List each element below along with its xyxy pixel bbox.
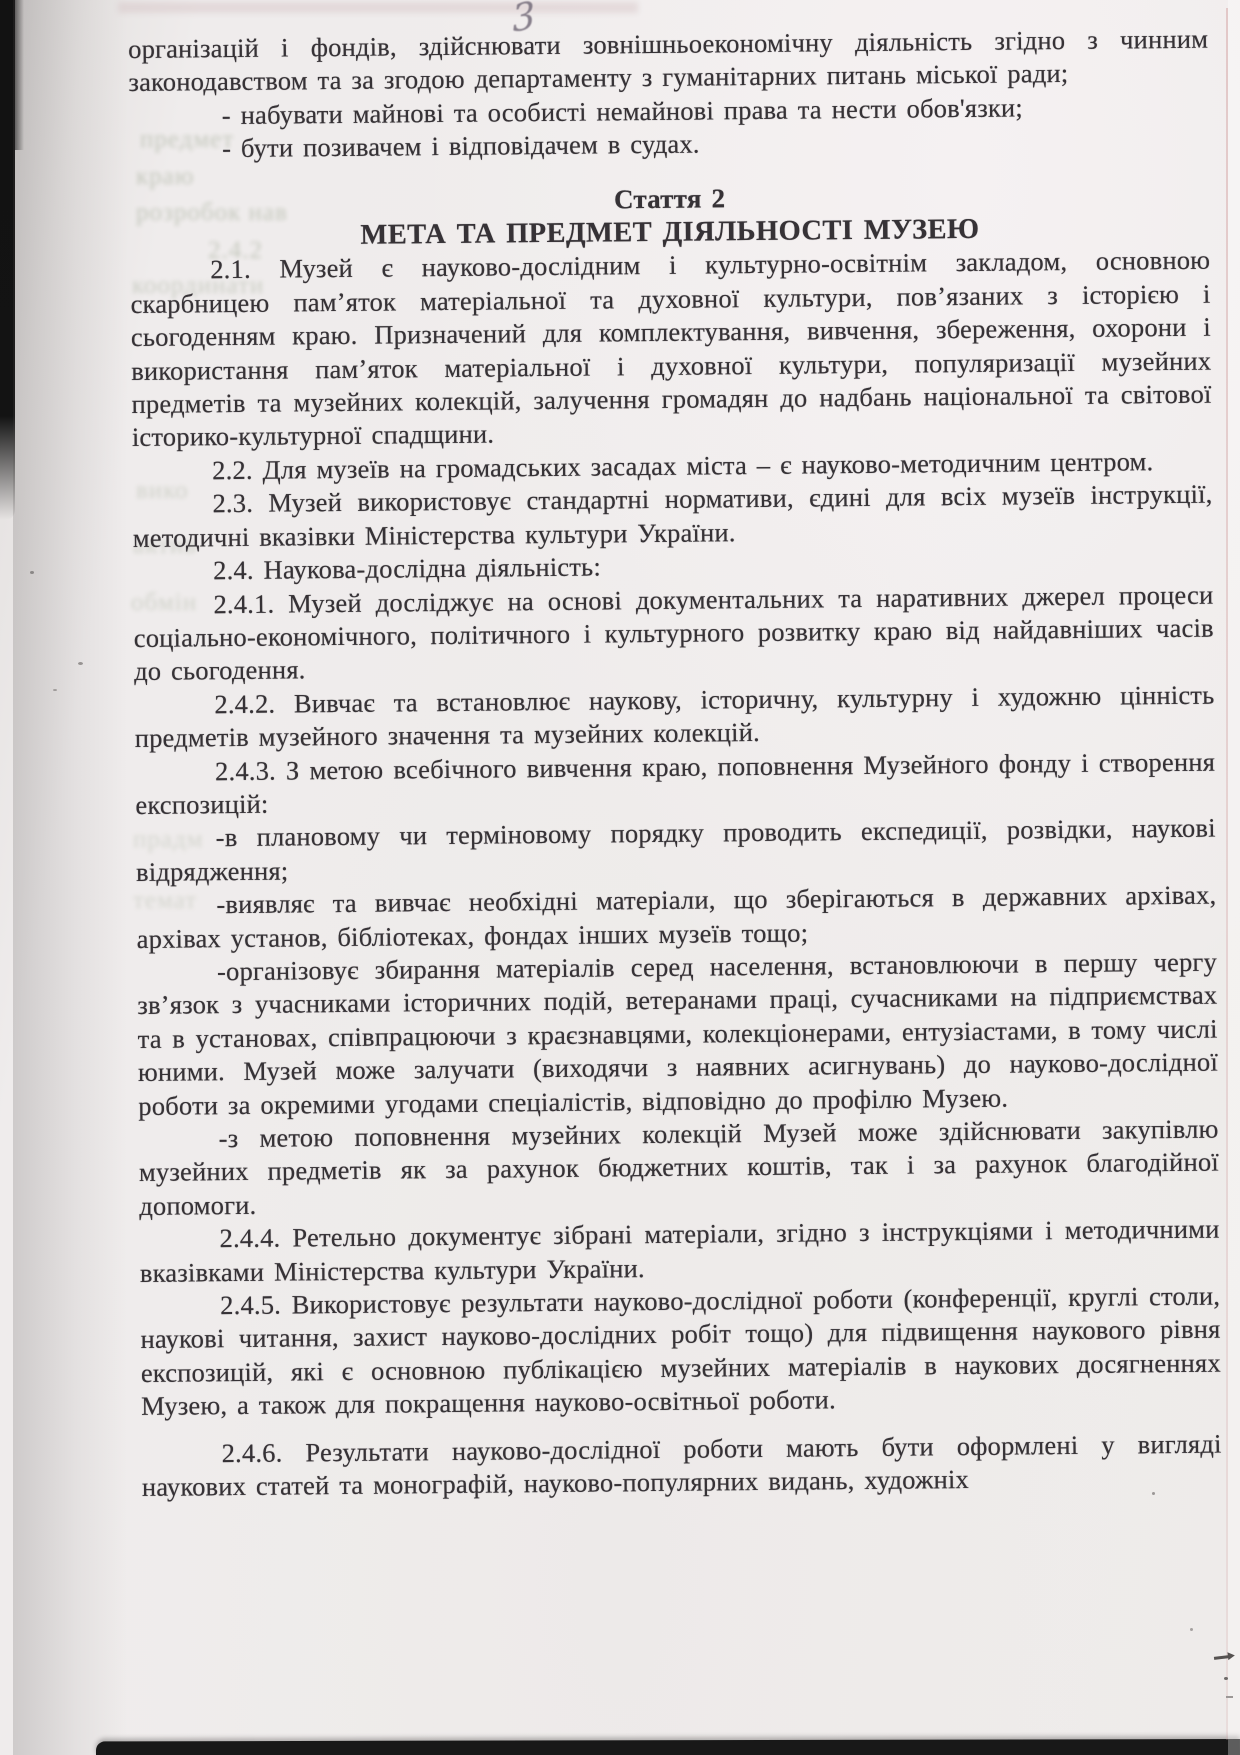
margin-dash-mark	[1226, 1696, 1233, 1698]
margin-dot-mark	[1224, 1677, 1228, 1680]
document-body: організацій і фондів, здійснювати зовніш…	[128, 23, 1222, 1505]
ink-speck	[53, 689, 57, 691]
ink-speck	[1190, 1628, 1193, 1631]
paragraph-2-4-5: 2.4.5. Використовує результати науково-д…	[140, 1280, 1221, 1424]
bleed-through-band	[118, 2, 638, 13]
bullet-planned-expeditions: -в плановому чи терміновому порядку пров…	[136, 812, 1217, 889]
paragraph-2-4-1: 2.4.1. Музей досліджує на основі докумен…	[133, 578, 1214, 689]
paragraph-2-4-6: 2.4.6. Результати науково-дослідної робо…	[141, 1427, 1222, 1504]
bullet-identifies-materials: -виявляє та вивчає необхідні матеріали, …	[136, 879, 1217, 956]
paragraph-2-4-2: 2.4.2. Вивчає та встановлює наукову, іст…	[134, 678, 1215, 755]
page-curl-shadow	[13, 0, 128, 1755]
ink-speck	[30, 571, 34, 574]
paragraph-continuation: організацій і фондів, здійснювати зовніш…	[128, 23, 1209, 100]
page-crease-line	[1226, 8, 1228, 1740]
scan-edge-bottom	[96, 1739, 1240, 1755]
bullet-organizes-collection: -організовує збирання матеріалів серед н…	[137, 946, 1219, 1123]
paragraph-2-3: 2.3. Музей використовує стандартні норма…	[132, 478, 1213, 555]
ink-speck	[78, 662, 83, 665]
scanned-document-page: предмет краю розробок нав 2.4.2 координа…	[0, 0, 1240, 1755]
page-edge-highlight	[1228, 0, 1240, 1755]
paragraph-2-4-4: 2.4.4. Ретельно документує зібрані матер…	[139, 1213, 1220, 1290]
bullet-purchases-items: -з метою поповнення музейних колекцій Му…	[138, 1113, 1219, 1224]
paragraph-2-4-3: 2.4.3. З метою всебічного вивчення краю,…	[135, 745, 1216, 822]
paragraph-2-1: 2.1. Музей є науково-дослідним і культур…	[130, 244, 1212, 455]
